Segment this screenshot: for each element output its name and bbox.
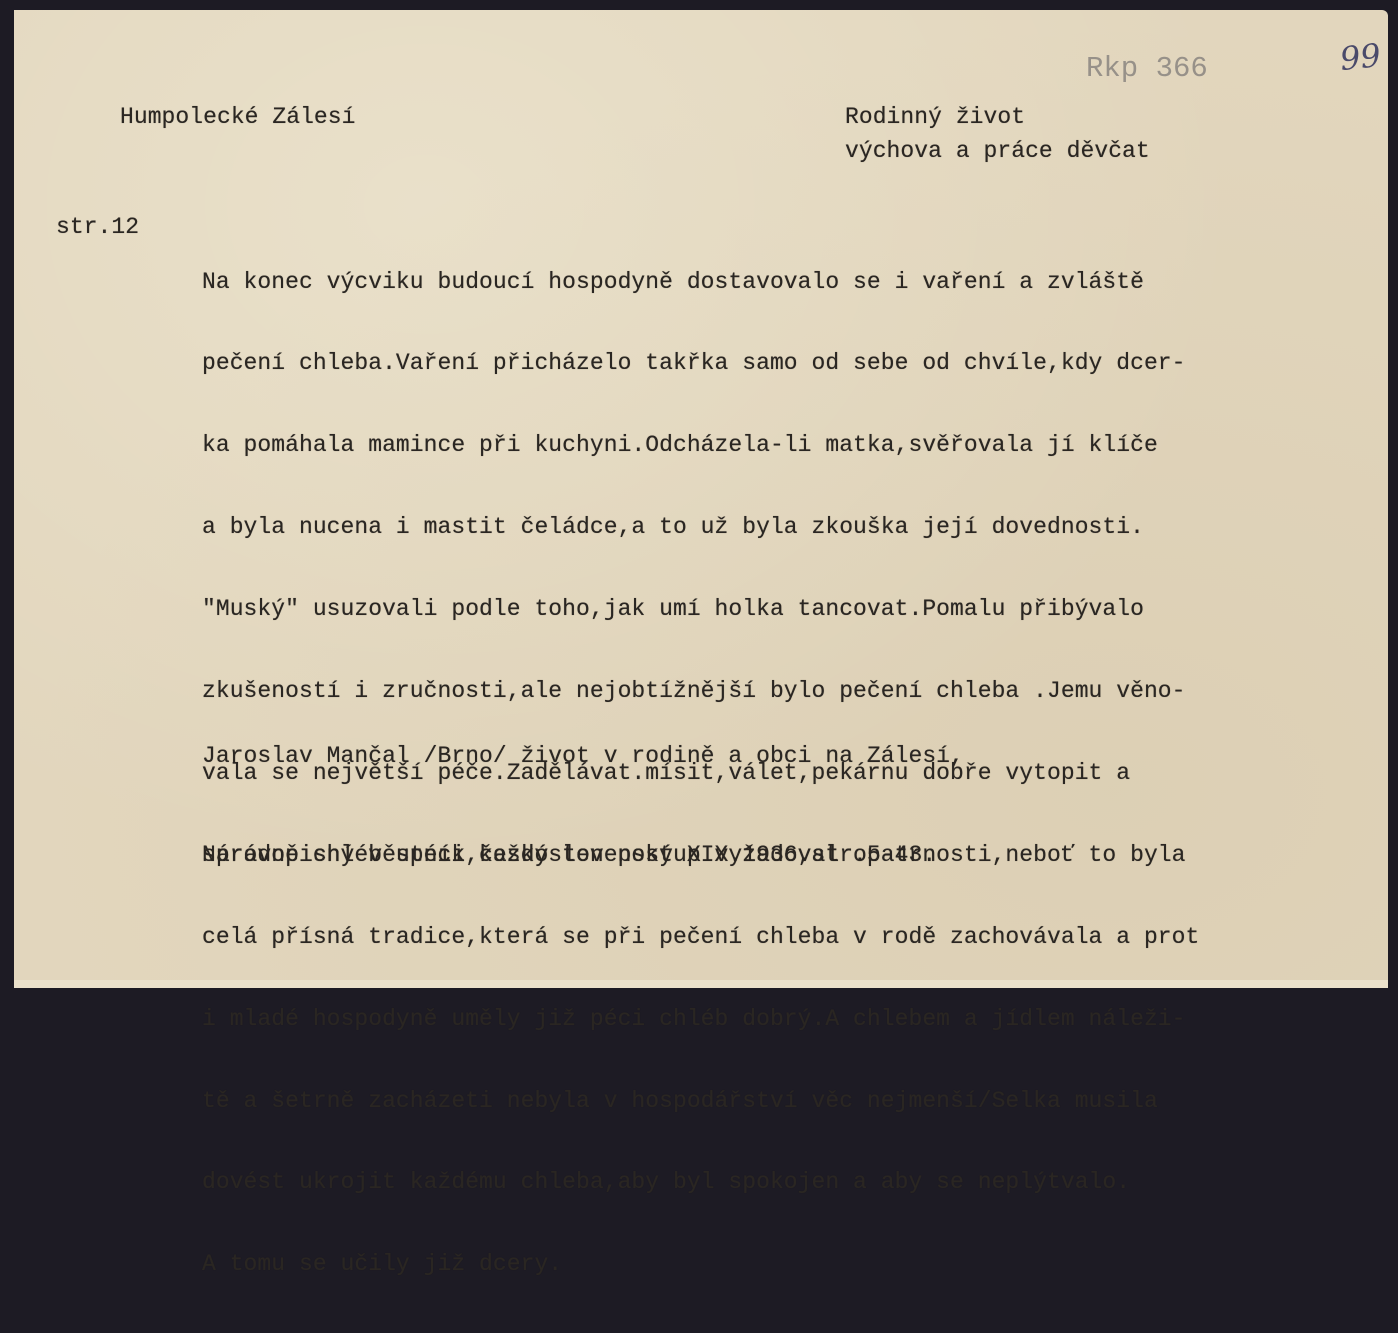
- excerpt-line: pečení chleba.Vaření přicházelo takřka s…: [202, 350, 1199, 377]
- excerpt-line: ka pomáhala mamince při kuchyni.Odcházel…: [202, 432, 1199, 459]
- citation-line: Jaroslav Mančal /Brno/ život v rodině a …: [202, 740, 964, 773]
- excerpt-line: "Muský" usuzovali podle toho,jak umí hol…: [202, 596, 1199, 623]
- archive-mark: Rkp 366: [1086, 52, 1208, 85]
- region-heading: Humpolecké Zálesí: [120, 104, 356, 130]
- source-citation: Jaroslav Mančal /Brno/ život v rodině a …: [202, 674, 964, 938]
- citation-line: Národopisný věstník československý XIX.1…: [202, 839, 964, 872]
- index-card: Rkp 366 99 Humpolecké Zálesí Rodinný živ…: [14, 10, 1388, 988]
- topic-heading-line2: výchova a práce děvčat: [845, 138, 1150, 164]
- topic-heading-line1: Rodinný život: [845, 104, 1025, 130]
- excerpt-line: Na konec výcviku budoucí hospodyně dosta…: [202, 269, 1199, 296]
- page-reference: str.12: [56, 214, 139, 240]
- handwritten-page-number: 99: [1338, 36, 1382, 78]
- excerpt-line: a byla nucena i mastit čeládce,a to už b…: [202, 514, 1199, 541]
